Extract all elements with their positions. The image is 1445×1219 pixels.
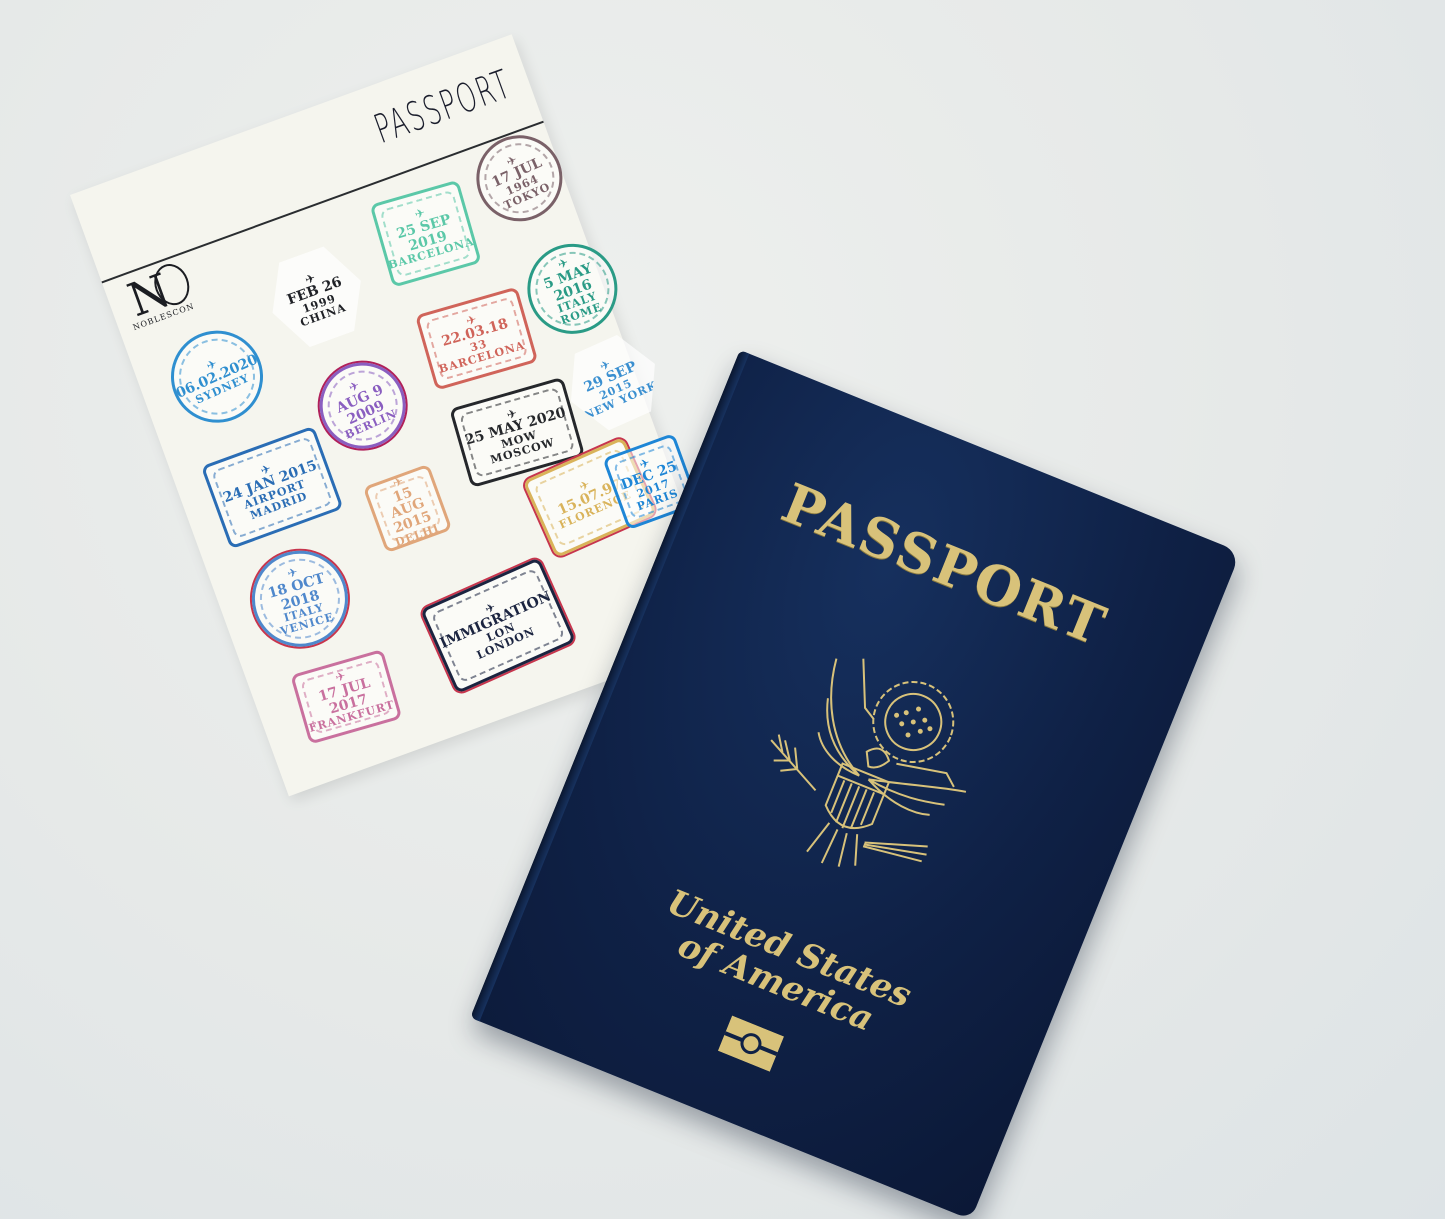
stamp-sticker-barcelona: ✈25 SEP 2019BARCELONA — [370, 180, 482, 288]
stamp-border — [264, 245, 370, 349]
stamp-sticker-venice: ✈18 OCT 2018ITALYVENICE — [241, 539, 360, 658]
stamp-border — [431, 568, 566, 684]
stamp-sticker-sydney: ✈06.02.2020SYDNEY — [156, 316, 277, 437]
stamp-border — [167, 327, 267, 427]
stamp-sticker-barcelona: ✈22.03.1833BARCELONA — [415, 286, 538, 390]
stamp-border — [525, 241, 620, 336]
passport-title: PASSPORT — [682, 433, 1207, 695]
stamp-sticker-tokyo: ✈17 JUL1964TOKYO — [463, 122, 577, 236]
stamp-border — [211, 436, 333, 539]
stamp-sticker-madrid: ✈24 JAN 2015AIRPORTMADRID — [201, 426, 344, 550]
stamp-sticker-delhi: ✈15 AUG 2015DELHI — [363, 464, 453, 554]
stamp-sticker-berlin: ✈AUG 9 2009BERLIN — [306, 349, 420, 463]
stamp-border — [316, 359, 408, 451]
country-line-2: of America — [518, 865, 1032, 1100]
stamp-border — [560, 332, 665, 433]
stamp-sticker-frankfurt: ✈17 JUL 2017FRANKFURT — [290, 649, 402, 745]
stamp-sticker-china: ✈FEB 261999CHINA — [257, 238, 376, 355]
stamp-border — [300, 659, 392, 735]
stamp-border — [250, 549, 349, 648]
stamp-border — [473, 132, 565, 224]
great-seal-eagle-icon — [703, 619, 1015, 931]
stamp-border — [425, 296, 529, 380]
stamp-sticker-london: ✈IMMIGRATIONLONLONDON — [420, 557, 576, 694]
photo-scene: PASSPORT N NOBLESCON ✈06.02.2020SYDNEY✈F… — [0, 0, 1445, 1219]
stamp-sticker-rome: ✈5 MAY 2016ITALYROME — [515, 231, 630, 346]
biometric-chip-icon — [718, 1016, 784, 1072]
